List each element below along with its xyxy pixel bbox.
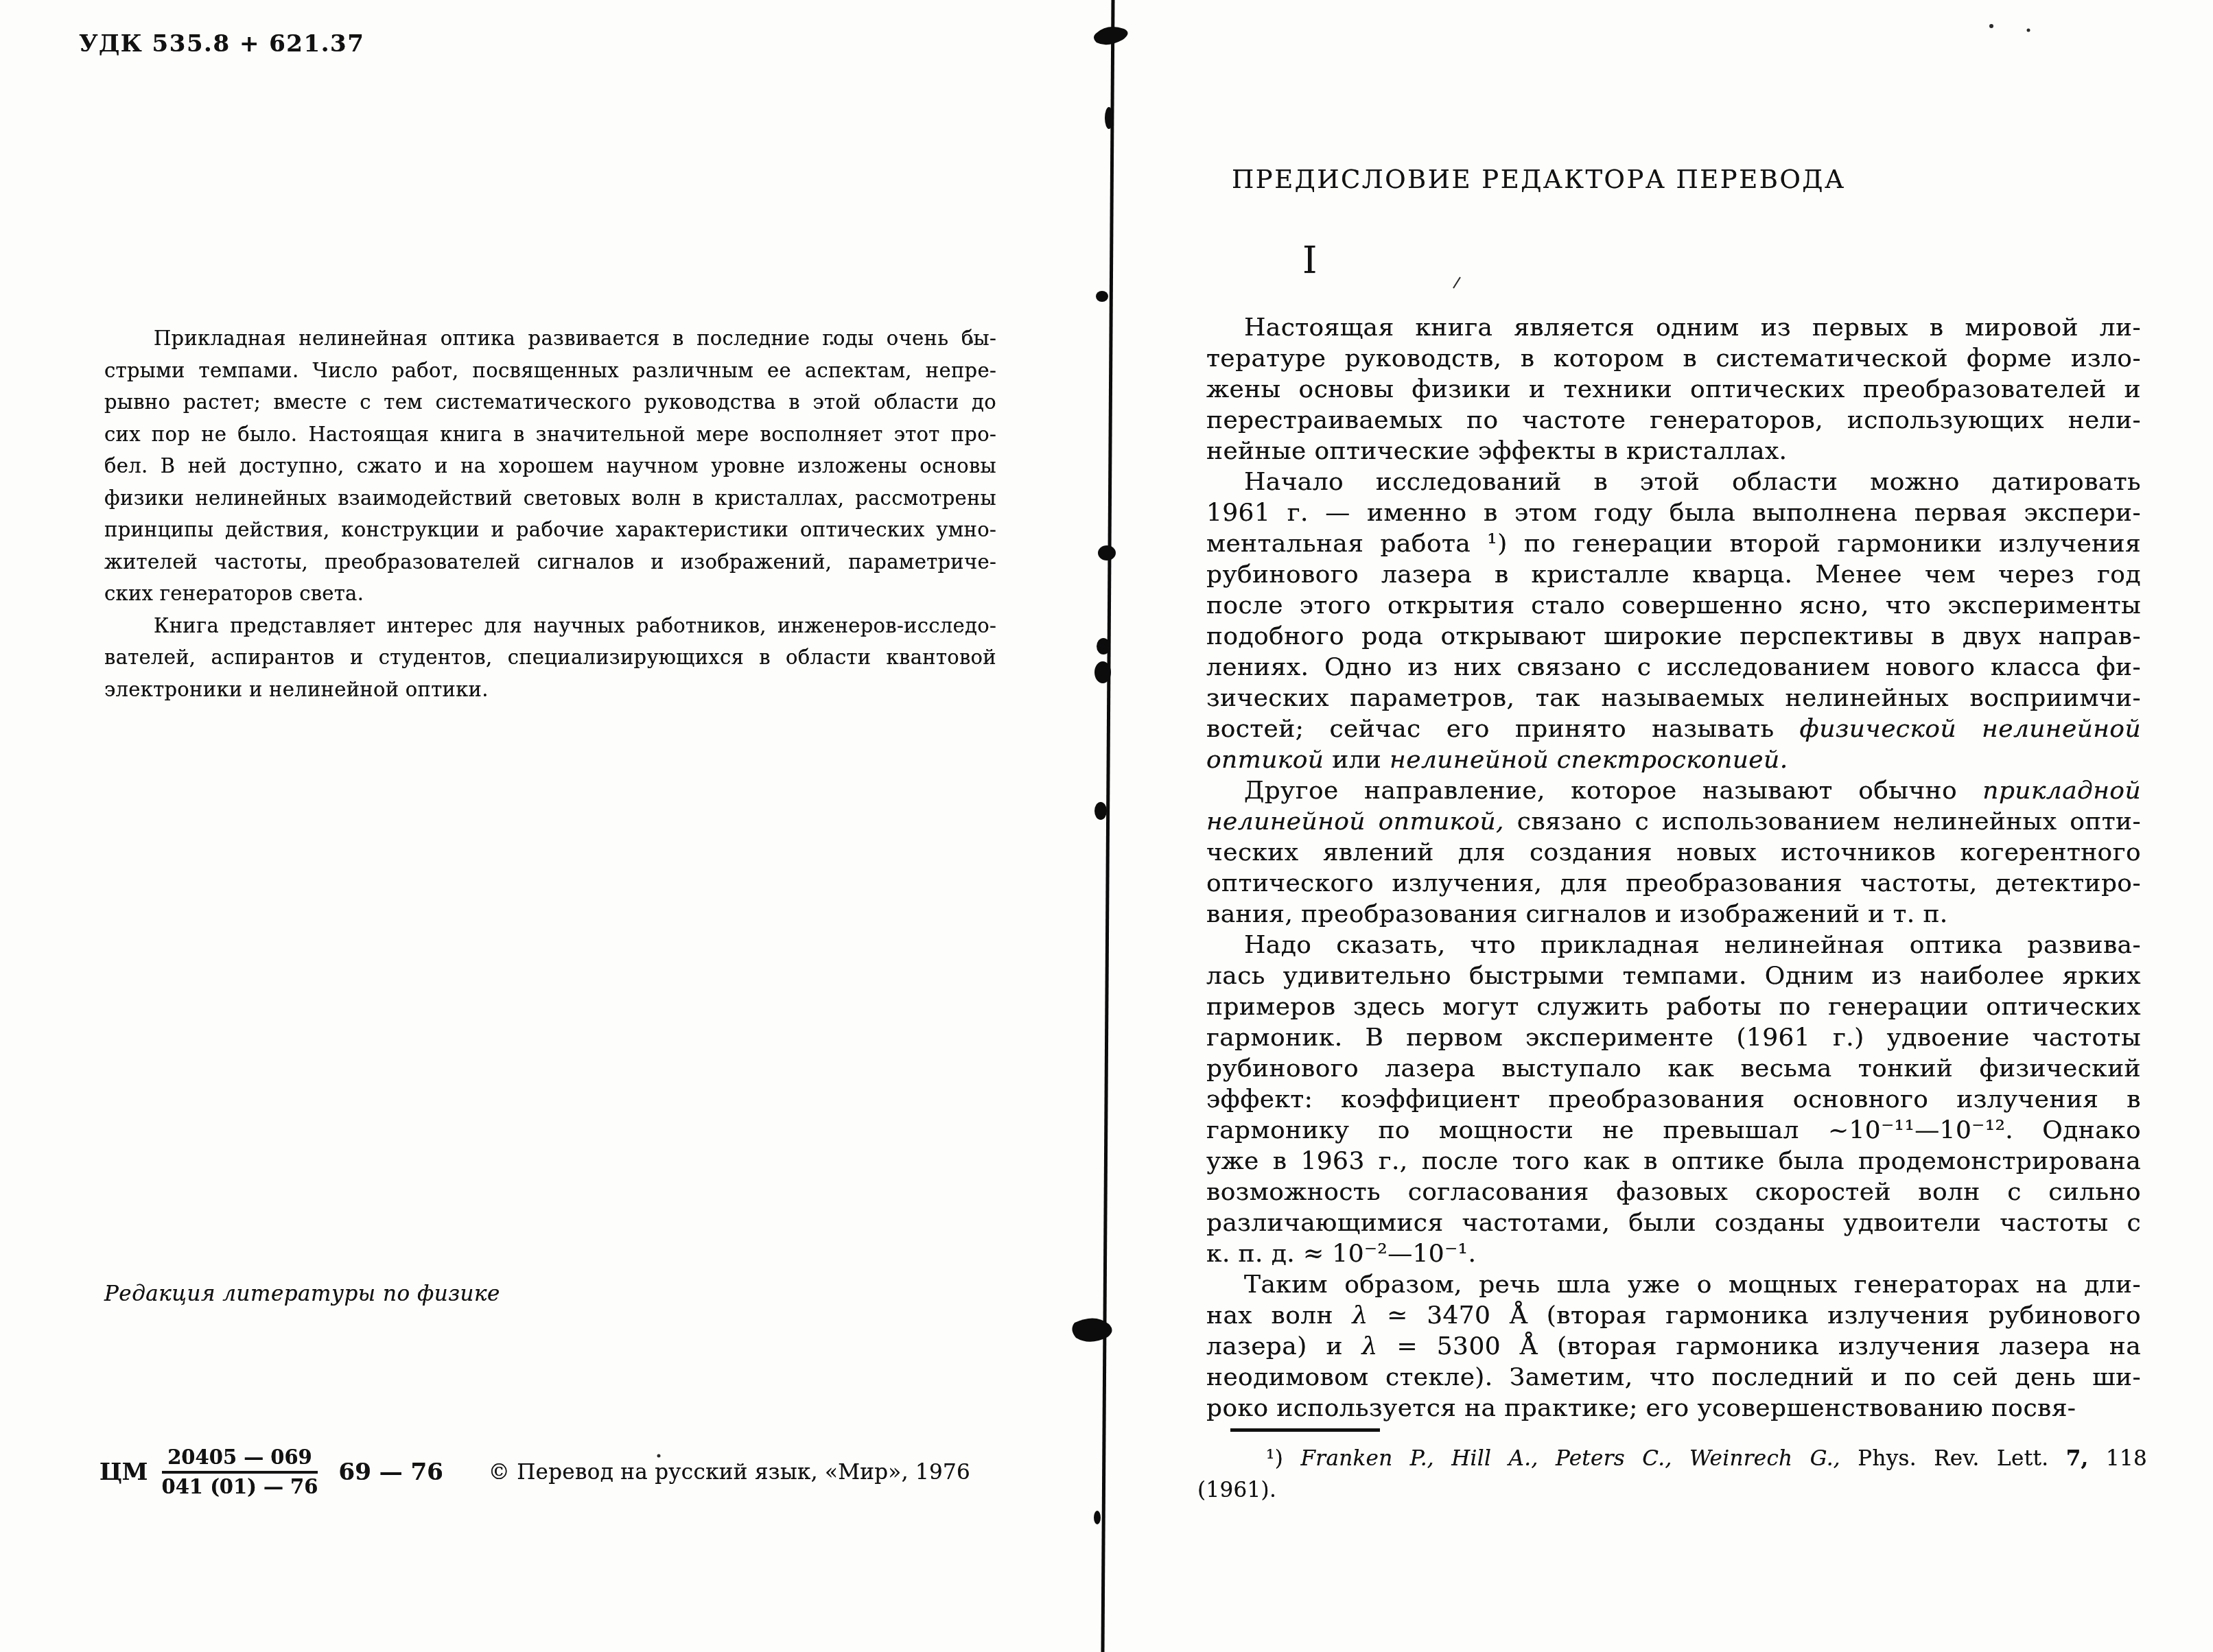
text-segment: нелинейной спектроскопией. — [1390, 746, 1788, 774]
text-segment: ческих явлений для создания новых источн… — [1206, 838, 2141, 866]
text-segment: λ — [1362, 1332, 1378, 1360]
text-line: Книга представляет интерес для научных р… — [104, 610, 996, 642]
catalog-fraction-denominator: 041 (01) — 76 — [162, 1476, 318, 1498]
text-line: физики нелинейных взаимодействий световы… — [104, 482, 996, 515]
text-segment: 7, — [2066, 1446, 2089, 1471]
text-segment: Книга представляет интерес для научных р… — [154, 614, 996, 637]
text-line: 1961 г. — именно в этом году была выполн… — [1206, 497, 2141, 528]
text-segment: лась удивительно быстрыми темпами. Одним… — [1206, 962, 2141, 990]
section-numeral: I — [1302, 239, 1317, 282]
text-segment: различающимися частотами, были созданы у… — [1206, 1209, 2141, 1237]
text-segment: физики нелинейных взаимодействий световы… — [104, 486, 996, 510]
preface-body-text: Настоящая книга является одним из первых… — [1206, 312, 2141, 1424]
text-line: Начало исследований в этой области можно… — [1206, 467, 2141, 497]
text-segment: принципы действия, конструкции и рабочие… — [104, 518, 996, 541]
text-segment: рывно растет; вместе с тем систематическ… — [104, 390, 996, 414]
text-line: эффект: коэффициент преобразования основ… — [1206, 1084, 2141, 1115]
text-segment: ¹) — [1266, 1446, 1300, 1471]
text-segment: вания, преобразования сигналов и изображ… — [1206, 900, 1948, 928]
text-segment: Другое направление, которое называют обы… — [1244, 777, 1982, 805]
edition-code: 69 — 76 — [338, 1459, 443, 1486]
text-segment: Franken P., Hill A., Peters C., Weinrech… — [1300, 1446, 1840, 1471]
text-segment: к. п. д. ≈ 10⁻²—10⁻¹. — [1206, 1240, 1476, 1268]
text-line: ческих явлений для создания новых источн… — [1206, 837, 2141, 868]
text-segment: электроники и нелинейной оптики. — [104, 678, 489, 701]
text-line: востей; сейчас его принято называть физи… — [1206, 713, 2141, 744]
text-segment: Phys. Rev. Lett. — [1840, 1446, 2066, 1471]
text-segment: нах волн — [1206, 1301, 1352, 1330]
text-line: стрыми темпами. Число работ, посвященных… — [104, 355, 996, 387]
text-segment: востей; сейчас его принято называть — [1206, 715, 1800, 743]
text-line: неодимовом стекле). Заметим, что последн… — [1206, 1362, 2141, 1393]
text-segment: эффект: коэффициент преобразования основ… — [1206, 1085, 2141, 1113]
text-segment: возможность согласования фазовых скорост… — [1206, 1178, 2141, 1206]
text-line: подобного рода открывают широкие перспек… — [1206, 621, 2141, 652]
text-line: сих пор не было. Настоящая книга в значи… — [104, 418, 996, 451]
text-segment: гармонику по мощности не превышал ~10⁻¹¹… — [1206, 1116, 2141, 1144]
text-segment: = 5300 Å (вторая гармоника излучения лаз… — [1378, 1332, 2141, 1360]
text-segment: прикладной — [1982, 777, 2141, 805]
text-segment: 118 — [2089, 1446, 2147, 1471]
text-segment: неодимовом стекле). Заметим, что последн… — [1206, 1363, 2141, 1391]
text-line: после этого открытия стало совершенно яс… — [1206, 590, 2141, 621]
text-line: ских генераторов света. — [104, 578, 996, 610]
text-segment: вателей, аспирантов и студентов, специал… — [104, 646, 996, 669]
text-line: Прикладная нелинейная оптика развивается… — [104, 322, 996, 355]
text-segment: 1961 г. — именно в этом году была выполн… — [1206, 499, 2141, 527]
text-line: (1961). — [1197, 1474, 2147, 1506]
text-line: жены основы физики и техники оптических … — [1206, 374, 2141, 405]
text-line: ¹) Franken P., Hill A., Peters C., Weinr… — [1197, 1443, 2147, 1474]
catalog-fraction: 20405 — 069 041 (01) — 76 — [162, 1446, 318, 1498]
text-line: оптикой или нелинейной спектроскопией. — [1206, 744, 2141, 775]
text-segment: уже в 1963 г., после того как в оптике б… — [1206, 1147, 2141, 1175]
text-line: рубинового лазера выступало как весьма т… — [1206, 1053, 2141, 1084]
chapter-title: ПРЕДИСЛОВИЕ РЕДАКТОРА ПЕРЕВОДА — [1232, 165, 1845, 194]
imprint-line: ЦМ 20405 — 069 041 (01) — 76 69 — 76 © П… — [99, 1446, 970, 1498]
text-line: лазера) и λ = 5300 Å (вторая гармоника и… — [1206, 1331, 2141, 1362]
text-segment: Таким образом, речь шла уже о мощных ген… — [1244, 1271, 2141, 1299]
text-line: уже в 1963 г., после того как в оптике б… — [1206, 1146, 2141, 1177]
text-line: лась удивительно быстрыми темпами. Одним… — [1206, 960, 2141, 991]
text-line: нелинейной оптикой, связано с использова… — [1206, 806, 2141, 837]
udc-classification-code: УДК 535.8 + 621.37 — [79, 30, 364, 58]
text-segment: примеров здесь могут служить работы по г… — [1206, 993, 2141, 1021]
text-line: гармонику по мощности не превышал ~10⁻¹¹… — [1206, 1115, 2141, 1146]
text-segment: тературе руководств, в котором в система… — [1206, 344, 2141, 373]
text-line: вателей, аспирантов и студентов, специал… — [104, 641, 996, 674]
text-segment: рубинового лазера в кристалле кварца. Ме… — [1206, 560, 2141, 589]
text-segment: жены основы физики и техники оптических … — [1206, 375, 2141, 403]
text-line: возможность согласования фазовых скорост… — [1206, 1177, 2141, 1207]
book-annotation: Прикладная нелинейная оптика развивается… — [104, 322, 996, 705]
catalog-fraction-numerator: 20405 — 069 — [167, 1446, 312, 1469]
text-line: тературе руководств, в котором в система… — [1206, 343, 2141, 374]
footnote-separator-rule — [1230, 1428, 1380, 1432]
text-line: принципы действия, конструкции и рабочие… — [104, 514, 996, 546]
text-line: зических параметров, так называемых нели… — [1206, 683, 2141, 713]
text-segment: физической нелинейной — [1800, 715, 2141, 743]
text-segment: перестраиваемых по частоте генераторов, … — [1206, 406, 2141, 434]
fraction-bar — [162, 1471, 318, 1474]
text-line: Настоящая книга является одним из первых… — [1206, 312, 2141, 343]
text-line: нейные оптические эффекты в кристаллах. — [1206, 436, 2141, 467]
text-segment: зических параметров, так называемых нели… — [1206, 684, 2141, 712]
text-segment: нейные оптические эффекты в кристаллах. — [1206, 437, 1787, 465]
text-segment: жителей частоты, преобразователей сигнал… — [104, 550, 996, 574]
text-segment: ментальная работа ¹) по генерации второй… — [1206, 530, 2141, 558]
text-line: к. п. д. ≈ 10⁻²—10⁻¹. — [1206, 1238, 2141, 1269]
text-line: рывно растет; вместе с тем систематическ… — [104, 386, 996, 418]
text-segment: нелинейной оптикой, — [1206, 807, 1504, 836]
text-segment: после этого открытия стало совершенно яс… — [1206, 591, 2141, 619]
text-line: электроники и нелинейной оптики. — [104, 674, 996, 706]
text-segment: Надо сказать, что прикладная нелинейная … — [1244, 931, 2141, 959]
text-segment: (1961). — [1197, 1478, 1276, 1502]
text-segment: ≃ 3470 Å (вторая гармоника излучения руб… — [1368, 1301, 2141, 1330]
text-line: перестраиваемых по частоте генераторов, … — [1206, 405, 2141, 436]
text-line: лениях. Одно из них связано с исследован… — [1206, 652, 2141, 683]
text-segment: рубинового лазера выступало как весьма т… — [1206, 1054, 2141, 1083]
text-segment: или — [1324, 746, 1390, 774]
text-line: оптического излучения, для преобразовани… — [1206, 868, 2141, 899]
text-segment: гармоник. В первом эксперименте (1961 г.… — [1206, 1024, 2141, 1052]
text-line: нах волн λ ≃ 3470 Å (вторая гармоника из… — [1206, 1300, 2141, 1331]
text-line: Другое направление, которое называют обы… — [1206, 775, 2141, 806]
text-segment: сих пор не было. Настоящая книга в значи… — [104, 423, 996, 446]
text-segment: Начало исследований в этой области можно… — [1244, 468, 2141, 496]
text-line: роко используется на практике; его усове… — [1206, 1393, 2141, 1424]
text-segment: λ — [1352, 1301, 1368, 1330]
text-line: примеров здесь могут служить работы по г… — [1206, 991, 2141, 1022]
publisher-series-code: ЦМ — [99, 1459, 148, 1486]
text-line: Надо сказать, что прикладная нелинейная … — [1206, 930, 2141, 960]
text-line: различающимися частотами, были созданы у… — [1206, 1207, 2141, 1238]
text-segment: Прикладная нелинейная оптика развивается… — [154, 327, 996, 350]
text-segment: связано с использованием нелинейных опти… — [1504, 807, 2141, 836]
text-segment: лениях. Одно из них связано с исследован… — [1206, 653, 2141, 681]
copyright-line: © Перевод на русский язык, «Мир», 1976 — [489, 1460, 970, 1485]
text-line: гармоник. В первом эксперименте (1961 г.… — [1206, 1022, 2141, 1053]
text-line: рубинового лазера в кристалле кварца. Ме… — [1206, 559, 2141, 590]
text-segment: ских генераторов света. — [104, 582, 364, 605]
text-segment: бел. В ней доступно, сжато и на хорошем … — [104, 454, 996, 477]
text-segment: оптического излучения, для преобразовани… — [1206, 869, 2141, 897]
book-spread-scan: УДК 535.8 + 621.37 Прикладная нелинейная… — [0, 0, 2213, 1652]
text-segment: стрыми темпами. Число работ, посвященных… — [104, 359, 996, 382]
editorial-series-line: Редакция литературы по физике — [104, 1282, 500, 1306]
footnote-reference: ¹) Franken P., Hill A., Peters C., Weinr… — [1197, 1443, 2147, 1506]
text-line: жителей частоты, преобразователей сигнал… — [104, 546, 996, 578]
text-segment: оптикой — [1206, 746, 1324, 774]
text-line: бел. В ней доступно, сжато и на хорошем … — [104, 450, 996, 482]
text-line: Таким образом, речь шла уже о мощных ген… — [1206, 1269, 2141, 1300]
text-line: ментальная работа ¹) по генерации второй… — [1206, 528, 2141, 559]
text-segment: Настоящая книга является одним из первых… — [1244, 314, 2141, 342]
text-segment: лазера) и — [1206, 1332, 1362, 1360]
text-segment: роко используется на практике; его усове… — [1206, 1394, 2076, 1422]
text-line: вания, преобразования сигналов и изображ… — [1206, 899, 2141, 930]
text-segment: подобного рода открывают широкие перспек… — [1206, 622, 2141, 650]
